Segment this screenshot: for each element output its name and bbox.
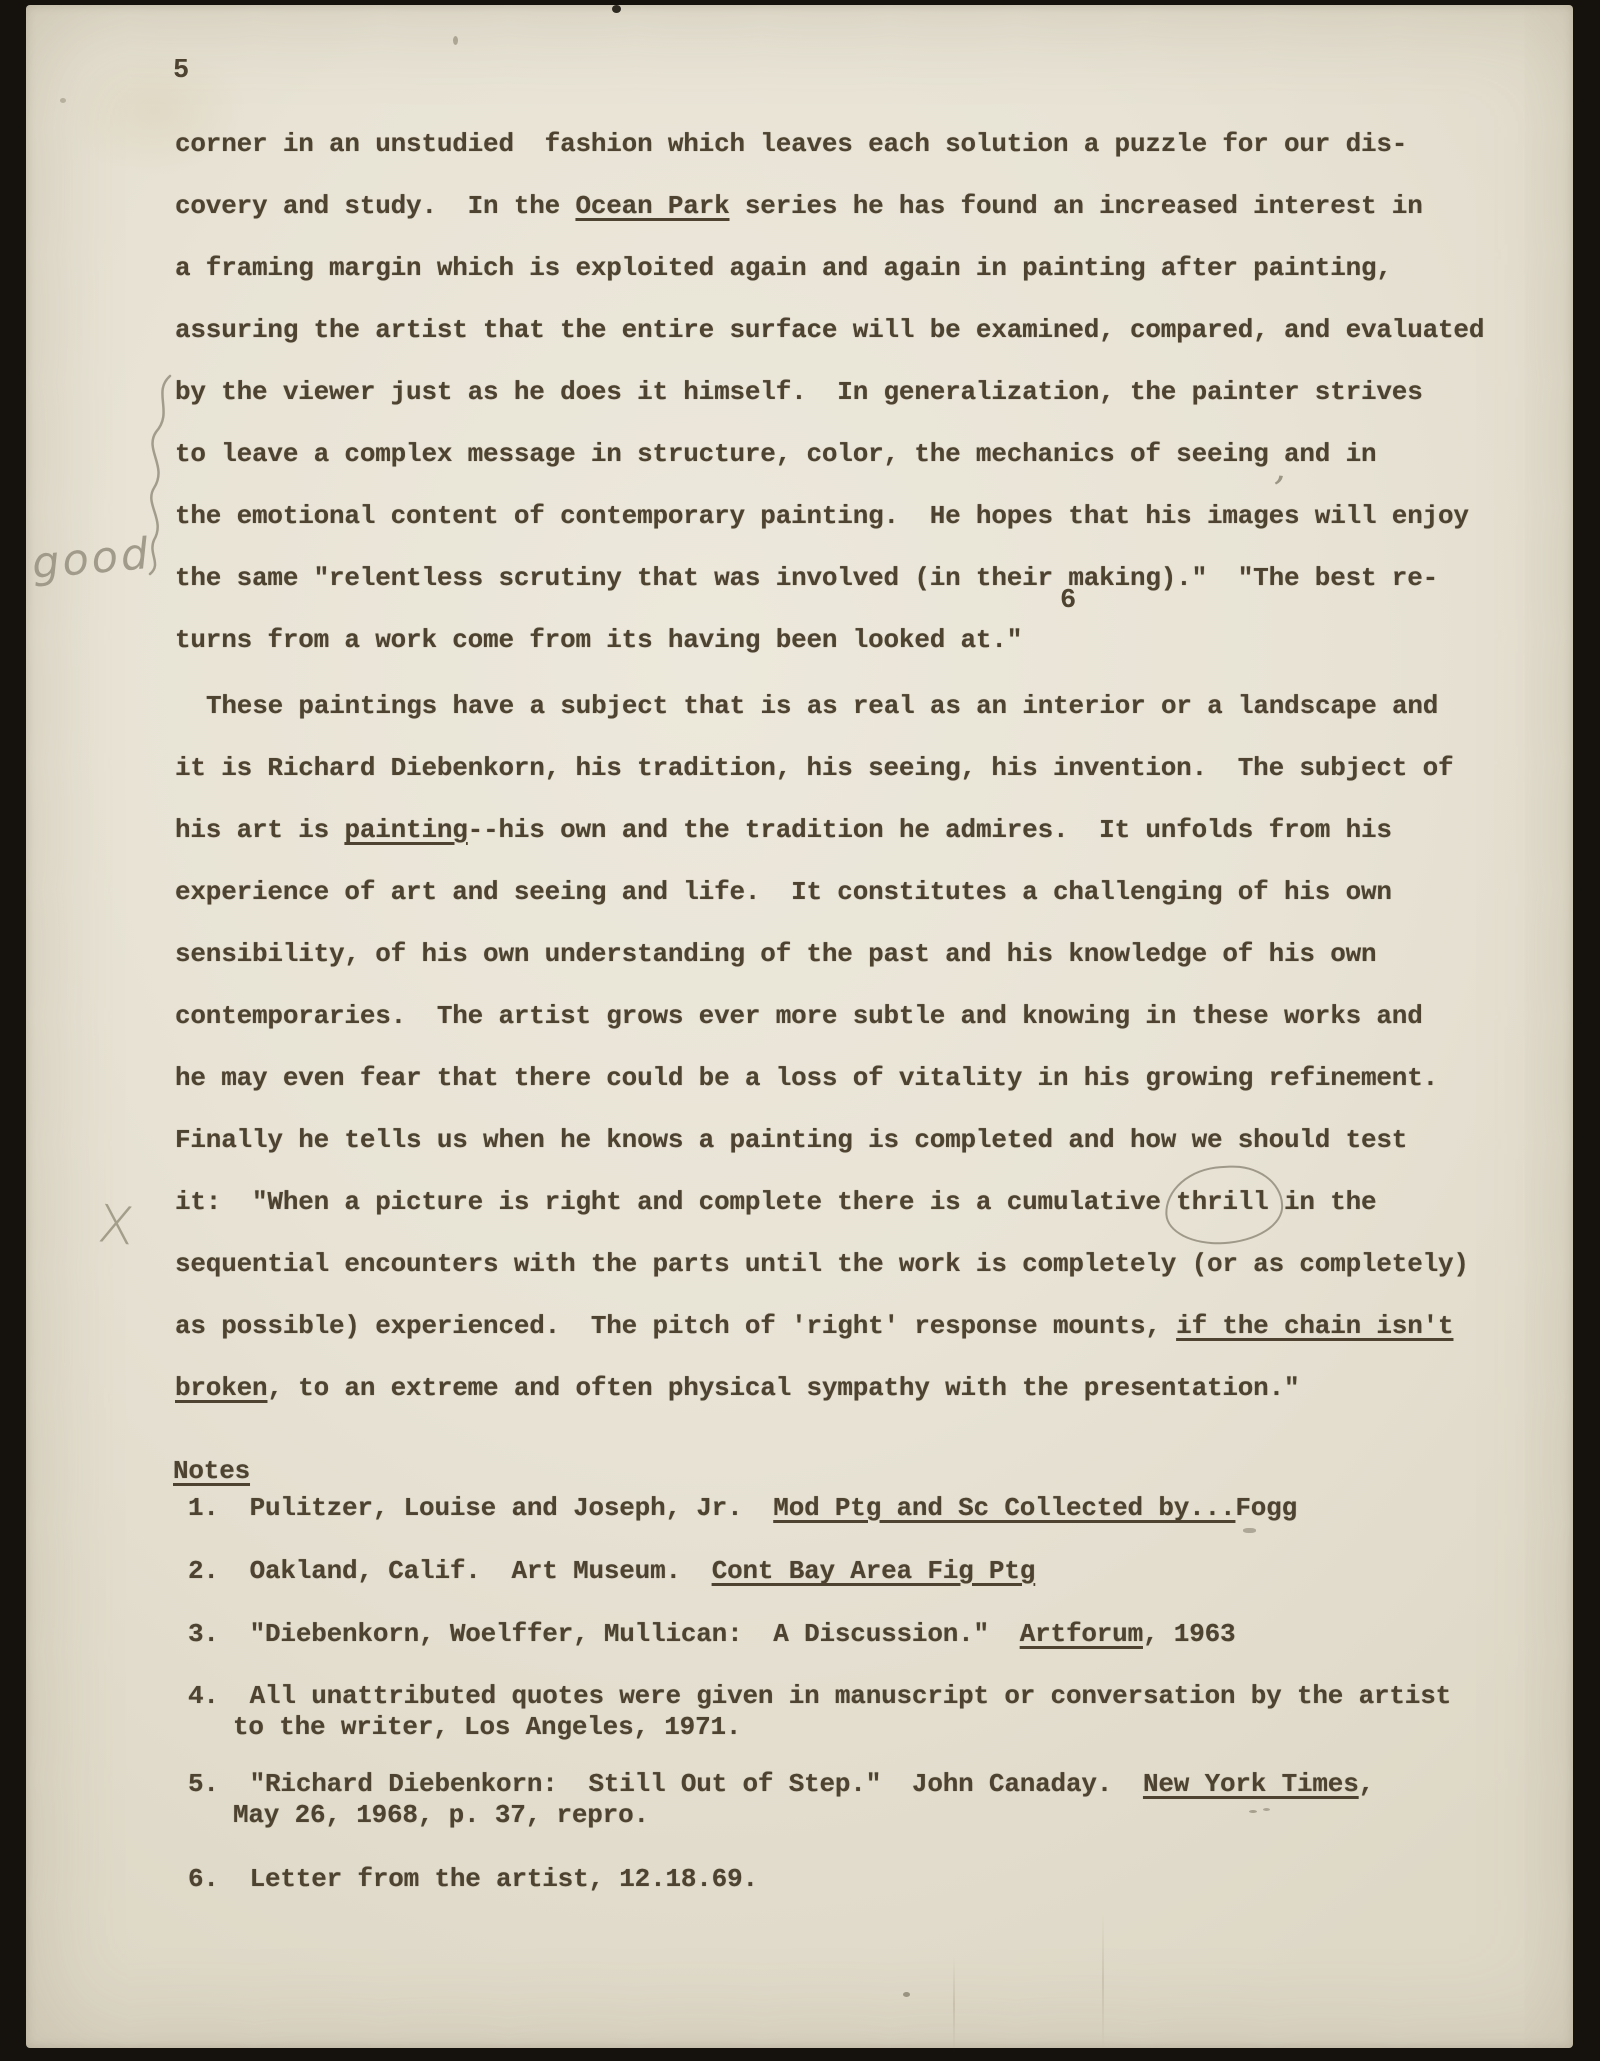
typescript-line: covery and study. In the Ocean Park seri… <box>175 190 1423 222</box>
notes-heading: Notes <box>173 1455 250 1487</box>
typescript-line: the same "relentless scrutiny that was i… <box>175 562 1438 594</box>
text-run: 4. All unattributed quotes were given in… <box>188 1681 1451 1711</box>
paper-speck <box>903 1992 910 1997</box>
text-run: Fogg <box>1235 1493 1297 1523</box>
underlined-text: painting <box>344 815 467 845</box>
note-line: to the writer, Los Angeles, 1971. <box>233 1711 741 1743</box>
typescript-line: contemporaries. The artist grows ever mo… <box>175 1000 1423 1032</box>
text-run: 2. Oakland, Calif. Art Museum. <box>188 1556 712 1586</box>
text-run: 1. Pulitzer, Louise and Joseph, Jr. <box>188 1493 773 1523</box>
typescript-line: experience of art and seeing and life. I… <box>175 876 1392 908</box>
paper-speck <box>612 5 621 13</box>
text-run: These paintings have a subject that is a… <box>206 691 1438 721</box>
underlined-text: if the chain isn't <box>1176 1311 1453 1341</box>
circled-word: thrill <box>1176 1187 1268 1217</box>
note-line: 1. Pulitzer, Louise and Joseph, Jr. Mod … <box>188 1492 1297 1524</box>
typescript-line: These paintings have a subject that is a… <box>206 690 1438 722</box>
paper-speck <box>60 98 66 103</box>
text-run: corner in an unstudied fashion which lea… <box>175 129 1407 159</box>
pencil-smudge <box>1243 1528 1256 1533</box>
text-run: it: "When a picture is right and complet… <box>175 1187 1176 1217</box>
note-line: 2. Oakland, Calif. Art Museum. Cont Bay … <box>188 1555 1035 1587</box>
pencil-dash-mark <box>1263 1808 1270 1811</box>
text-run: assuring the artist that the entire surf… <box>175 315 1484 345</box>
typescript-line: the emotional content of contemporary pa… <box>175 500 1469 532</box>
text-run: , 1963 <box>1143 1619 1235 1649</box>
handwritten-x-mark: X <box>95 1198 136 1253</box>
note-line: 3. "Diebenkorn, Woelffer, Mullican: A Di… <box>188 1618 1235 1650</box>
underlined-text: Notes <box>173 1456 250 1486</box>
text-run: turns from a work come from its having b… <box>175 625 1022 655</box>
text-run: to the writer, Los Angeles, 1971. <box>233 1712 741 1742</box>
text-run: a framing margin which is exploited agai… <box>175 253 1392 283</box>
text-run: 5. "Richard Diebenkorn: Still Out of Ste… <box>188 1769 1143 1799</box>
typescript-line: assuring the artist that the entire surf… <box>175 314 1484 346</box>
text-run: , <box>1359 1769 1374 1799</box>
typescript-page: 5 corner in an unstudied fashion which l… <box>0 0 1600 2061</box>
text-run: his art is <box>175 815 344 845</box>
text-run: by the viewer just as he does it himself… <box>175 377 1423 407</box>
typescript-line: to leave a complex message in structure,… <box>175 438 1376 470</box>
typescript-line: broken, to an extreme and often physical… <box>175 1372 1299 1404</box>
text-run: sequential encounters with the parts unt… <box>175 1249 1469 1279</box>
text-run: 3. "Diebenkorn, Woelffer, Mullican: A Di… <box>188 1619 1020 1649</box>
underlined-text: Mod Ptg and Sc Collected by... <box>773 1493 1235 1523</box>
text-run: the same "relentless scrutiny that was i… <box>175 563 1438 593</box>
typescript-line: sequential encounters with the parts unt… <box>175 1248 1469 1280</box>
typescript-line: it is Richard Diebenkorn, his tradition,… <box>175 752 1453 784</box>
paper-speck <box>453 36 458 45</box>
footnote-number-superscript: 6 <box>1060 586 1076 616</box>
typescript-line: sensibility, of his own understanding of… <box>175 938 1376 970</box>
text-run: it is Richard Diebenkorn, his tradition,… <box>175 753 1453 783</box>
text-run: as possible) experienced. The pitch of '… <box>175 1311 1176 1341</box>
text-run: experience of art and seeing and life. I… <box>175 877 1392 907</box>
text-run: sensibility, of his own understanding of… <box>175 939 1376 969</box>
typescript-line: his art is painting--his own and the tra… <box>175 814 1392 846</box>
underlined-text: Ocean Park <box>575 191 729 221</box>
text-run: series he has found an increased interes… <box>730 191 1423 221</box>
text-run: Finally he tells us when he knows a pain… <box>175 1125 1407 1155</box>
typescript-line: corner in an unstudied fashion which lea… <box>175 128 1407 160</box>
pencil-dash-mark <box>1249 1810 1257 1813</box>
note-line: May 26, 1968, p. 37, repro. <box>233 1799 649 1831</box>
typescript-line: a framing margin which is exploited agai… <box>175 252 1392 284</box>
note-line: 4. All unattributed quotes were given in… <box>188 1680 1451 1712</box>
text-run: to leave a complex message in structure,… <box>175 439 1376 469</box>
text-run: covery and study. In the <box>175 191 575 221</box>
pencil-brace-mark <box>140 374 180 576</box>
text-run: 6. Letter from the artist, 12.18.69. <box>188 1864 758 1894</box>
underlined-text: Artforum <box>1020 1619 1143 1649</box>
text-run: in the <box>1269 1187 1377 1217</box>
typescript-line: he may even fear that there could be a l… <box>175 1062 1438 1094</box>
text-run: the emotional content of contemporary pa… <box>175 501 1469 531</box>
note-line: 6. Letter from the artist, 12.18.69. <box>188 1863 758 1895</box>
underlined-text: broken <box>175 1373 267 1403</box>
handwritten-margin-note: good <box>30 533 153 586</box>
text-run: contemporaries. The artist grows ever mo… <box>175 1001 1423 1031</box>
page-number: 5 <box>173 56 189 86</box>
paper-crease <box>1102 1912 1104 2050</box>
underlined-text: Cont Bay Area Fig Ptg <box>712 1556 1035 1586</box>
text-run: --his own and the tradition he admires. … <box>468 815 1392 845</box>
typescript-line: turns from a work come from its having b… <box>175 624 1022 656</box>
typescript-line: it: "When a picture is right and complet… <box>175 1186 1376 1218</box>
paper-crease <box>953 1956 955 2052</box>
underlined-text: New York Times <box>1143 1769 1359 1799</box>
typescript-line: as possible) experienced. The pitch of '… <box>175 1310 1453 1342</box>
text-run: , to an extreme and often physical sympa… <box>267 1373 1299 1403</box>
text-run: he may even fear that there could be a l… <box>175 1063 1438 1093</box>
typescript-line: by the viewer just as he does it himself… <box>175 376 1423 408</box>
text-run: May 26, 1968, p. 37, repro. <box>233 1800 649 1830</box>
typescript-line: Finally he tells us when he knows a pain… <box>175 1124 1407 1156</box>
note-line: 5. "Richard Diebenkorn: Still Out of Ste… <box>188 1768 1374 1800</box>
